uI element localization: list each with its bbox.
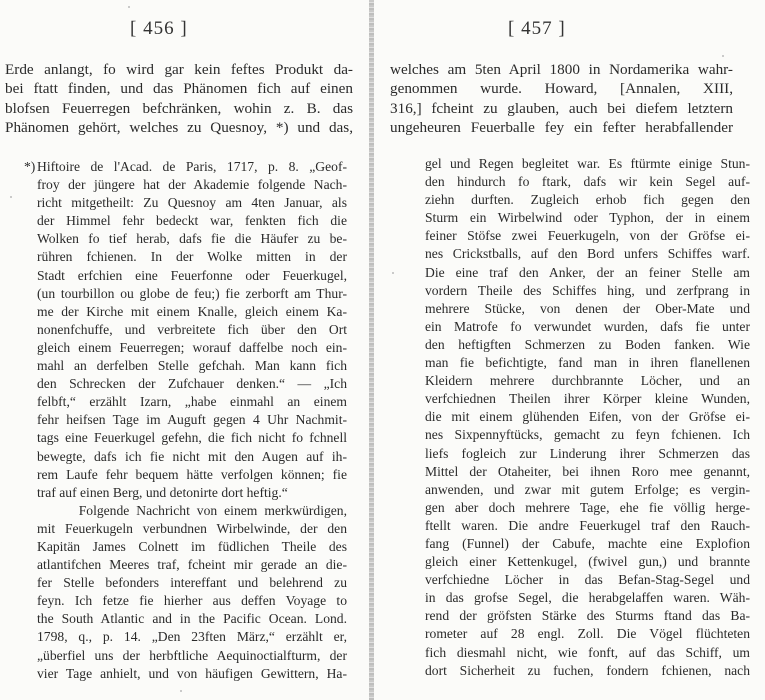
- footnote-continuation: gel und Regen begleitet war. Es ftürmte …: [425, 155, 750, 680]
- text-line: Phänomen gehört, welches zu Quesnoy, *) …: [5, 118, 353, 137]
- footnote-line: man fie befichtigte, fand man in ihren f…: [425, 354, 750, 372]
- footnote-line: gen aber doch mehrere Tage, ehe fie völl…: [425, 499, 750, 517]
- footnote-line: „überfiel uns der herbftliche Aequinocti…: [37, 647, 347, 665]
- footnote-line: feiner Stöfse zwei Feuerkugeln, von der …: [425, 227, 750, 245]
- footnote-line: liefs fogleich zur Linderung ihrer Schme…: [425, 445, 750, 463]
- footnote-marker: *): [24, 158, 35, 176]
- footnote-line: fich diesmahl nicht, wie fonft, auf das …: [425, 644, 750, 662]
- footnote-line: richt mitgetheilt: Zu Quesnoy am 4ten Ja…: [37, 194, 347, 212]
- footnote-line: fehr heifsen Tage im Auguft gegen 4 Uhr …: [37, 411, 347, 429]
- footnote-line: den heftigften Schmerzen zu Boden fanken…: [425, 336, 750, 354]
- right-page: [ 457 ] welches am 5ten April 1800 in No…: [374, 0, 765, 700]
- footnote-line: Hiftoire de l'Acad. de Paris, 1717, p. 8…: [37, 158, 347, 176]
- footnote-line: Wolken fo tief herab, dafs fie die Häufe…: [37, 230, 347, 248]
- text-line: welches am 5ten April 1800 in Nordamerik…: [390, 60, 733, 79]
- page-number-right: [ 457 ]: [508, 18, 566, 40]
- footnote-line: nes Crickstballs, auf den Bord unfers Sc…: [425, 245, 750, 263]
- page-number-left: [ 456 ]: [130, 18, 188, 40]
- text-line: Erde anlangt, fo wird gar kein feftes Pr…: [5, 60, 353, 79]
- footnote-line: nonenfchuffe, und verbreitete fich über …: [37, 321, 347, 339]
- footnote-line: den Schrecken der Zufchauer denken.“ — „…: [37, 375, 347, 393]
- footnote-line: die mit einem glühenden Eifen, von der G…: [425, 408, 750, 426]
- footnote-line: fang (Funnel) der Cabufe, machte eine Ex…: [425, 535, 750, 553]
- text-line: genommen wurde. Howard, [Annalen, XIII,: [390, 79, 733, 98]
- text-line: bei ftatt finden, und das Phänomen fich …: [5, 79, 353, 98]
- footnote-line: mit Feuerkugeln verbundnen Wirbelwinde, …: [37, 520, 347, 538]
- footnote-line: gleich einem Feuerregen; worauf daffelbe…: [37, 339, 347, 357]
- footnote-line: rometer auf 28 engl. Zoll. Die Vögel flü…: [425, 625, 750, 643]
- footnote-line: Stadt erfchien eine Feuerfonne oder Feue…: [37, 267, 347, 285]
- footnote-line: (un tourbillon ou globe de feu;) fie zer…: [37, 285, 347, 303]
- footnote-line: Kleidern mehrere durchbrannte Löcher, un…: [425, 372, 750, 390]
- footnote-line: Die eine traf den Anker, der an feiner S…: [425, 264, 750, 282]
- scan-speck: [128, 6, 130, 8]
- footnote-line: gel und Regen begleitet war. Es ftürmte …: [425, 155, 750, 173]
- footnote-line: tags eine Feuerkugel gefehn, die fich ni…: [37, 429, 347, 447]
- footnote-text: Hiftoire de l'Acad. de Paris, 1717, p. 8…: [37, 158, 347, 683]
- text-line: 316,] fcheint zu glauben, auch bei diefe…: [390, 99, 733, 118]
- book-spread: [ 456 ] Erde anlangt, fo wird gar kein f…: [0, 0, 765, 700]
- footnote-line: Sturm ein Wirbelwind oder Typhon, der in…: [425, 209, 750, 227]
- footnote-line: ziehn durften. Zugleich erhob fich gegen…: [425, 191, 750, 209]
- footnote-line: rend der gröfsten Stärke des Sturms ftan…: [425, 607, 750, 625]
- left-page: [ 456 ] Erde anlangt, fo wird gar kein f…: [0, 0, 370, 700]
- footnote-line: der Himmel fehr bedeckt war, fenkten fic…: [37, 212, 347, 230]
- footnote-line: anwenden, und zwar mit gutem Erfolge; es…: [425, 481, 750, 499]
- footnote-line: traf auf einen Berg, und detonirte dort …: [37, 484, 347, 502]
- footnote-line: the South Atlantic and in the Pacific Oc…: [37, 610, 347, 628]
- footnote-line: fer Stelle befonders intereffant und bel…: [37, 574, 347, 592]
- footnote-line: vier Tage anhielt, und von häufigen Gewi…: [37, 665, 347, 683]
- footnote-line: Mittel der Otaheiter, bei ihnen Roro mee…: [425, 463, 750, 481]
- footnote-line: rühren fchienen. In der Wolke mitten in …: [37, 248, 347, 266]
- footnote-line: ein Matrofe fo verwundet wurden, dafs fi…: [425, 318, 750, 336]
- footnote-line: in das grofse Segel, die herabgelaffen w…: [425, 589, 750, 607]
- footnote-line: froy der jüngere hat der Akademie folgen…: [37, 176, 347, 194]
- scan-speck: [180, 690, 182, 692]
- footnote-line: mehrere Stücke, von denen der Ober-Mate …: [425, 300, 750, 318]
- footnote-line: nes Sixpennyftücks, gemacht zu feyn fchi…: [425, 426, 750, 444]
- scan-speck: [392, 272, 394, 274]
- footnote-line: vordern Theile des Schiffes hing, und ze…: [425, 282, 750, 300]
- left-main-text: Erde anlangt, fo wird gar kein feftes Pr…: [5, 60, 353, 137]
- footnote-line: felbft,“ erzählt Izarn, „habe einmahl an…: [37, 393, 347, 411]
- text-line: ungeheuren Feuerballe fey ein fefter her…: [390, 118, 733, 137]
- footnote-line: ftellt waren. Die andre Feuerkugel traf …: [425, 517, 750, 535]
- footnote-line: dort Sicherheit zu fuchen, fondern fchie…: [425, 662, 750, 680]
- footnote-line: verfchiedne Löcher in das Befan-Stag-Seg…: [425, 571, 750, 589]
- footnote-line: bewegte, dafs ich fie nicht mit den Auge…: [37, 448, 347, 466]
- scan-speck: [722, 55, 724, 57]
- right-main-text: welches am 5ten April 1800 in Nordamerik…: [390, 60, 733, 137]
- footnote-line: verfchiednen Theilen ihrer Körper kleine…: [425, 390, 750, 408]
- text-line: blofsen Feuerregen befchränken, wohin z.…: [5, 99, 353, 118]
- footnote-line: 1798, q., p. 14. „Den 23ften März,“ erzä…: [37, 628, 347, 646]
- footnote-line: atlantifchen Meeres traf, fcheint mir ge…: [37, 556, 347, 574]
- footnote-paragraph-start: Folgende Nachricht von einem merkwürdige…: [37, 502, 347, 520]
- footnote-line: me der Kirche mit einem Knalle, gleich e…: [37, 303, 347, 321]
- footnote-line: den hindurch fo ftark, dafs wir kein Seg…: [425, 173, 750, 191]
- footnote-line: rem Laufe fehr bequem hätte verfolgen kö…: [37, 466, 347, 484]
- footnote-line: mahl an derfelben Stelle gefchah. Man ka…: [37, 357, 347, 375]
- footnote-line: gleich einer Kettenkugel, (fwivel gun,) …: [425, 553, 750, 571]
- scan-speck: [10, 196, 12, 198]
- footnote-line: Kapitän James Colnett im füdlichen Theil…: [37, 538, 347, 556]
- footnote-line: feyn. Ich fetze fie hierher aus deffen V…: [37, 592, 347, 610]
